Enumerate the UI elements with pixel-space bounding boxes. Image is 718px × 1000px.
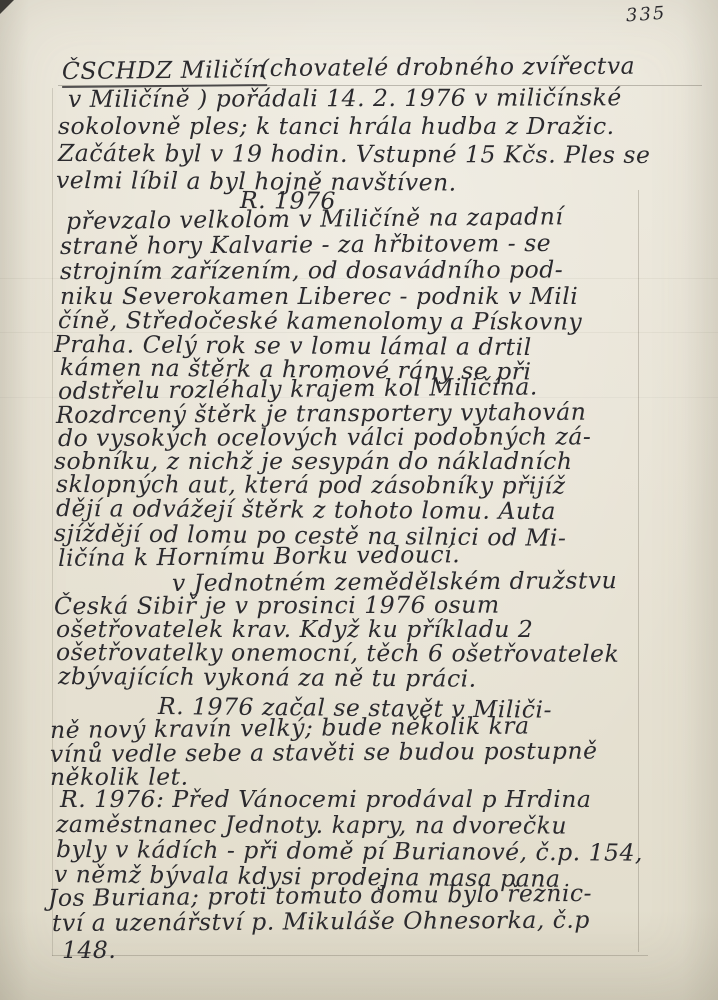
page-number: 335 [625, 3, 667, 27]
handwritten-line: Začátek byl v 19 hodin. Vstupné 15 Kčs. … [58, 139, 650, 169]
handwritten-line: sokolovně ples; k tanci hrála hudba z Dr… [58, 112, 615, 140]
handwritten-line: v Miličíně ) pořádali 14. 2. 1976 v mili… [68, 83, 622, 113]
handwritten-line: 148. [62, 936, 116, 964]
margin-rule-bottom [52, 955, 648, 956]
scan-corner-artifact [0, 0, 14, 14]
handwritten-line: zbývajících vykoná za ně tu práci. [58, 662, 477, 693]
handwritten-line: R. 1976: Před Vánocemi prodával p Hrdina [60, 785, 591, 813]
chronicle-page: 335 ČSCHDZ Miličín(chovatelé drobného zv… [0, 0, 718, 1000]
margin-rule-left [52, 88, 53, 956]
handwritten-line: strojním zařízením, od dosavádního pod- [60, 255, 563, 285]
handwritten-line: ČSCHDZ Miličín [62, 55, 267, 88]
handwritten-line: (chovatelé drobného zvířectva [260, 52, 635, 82]
handwritten-line: tví a uzenářství p. Mikuláše Ohnesorka, … [52, 906, 590, 937]
